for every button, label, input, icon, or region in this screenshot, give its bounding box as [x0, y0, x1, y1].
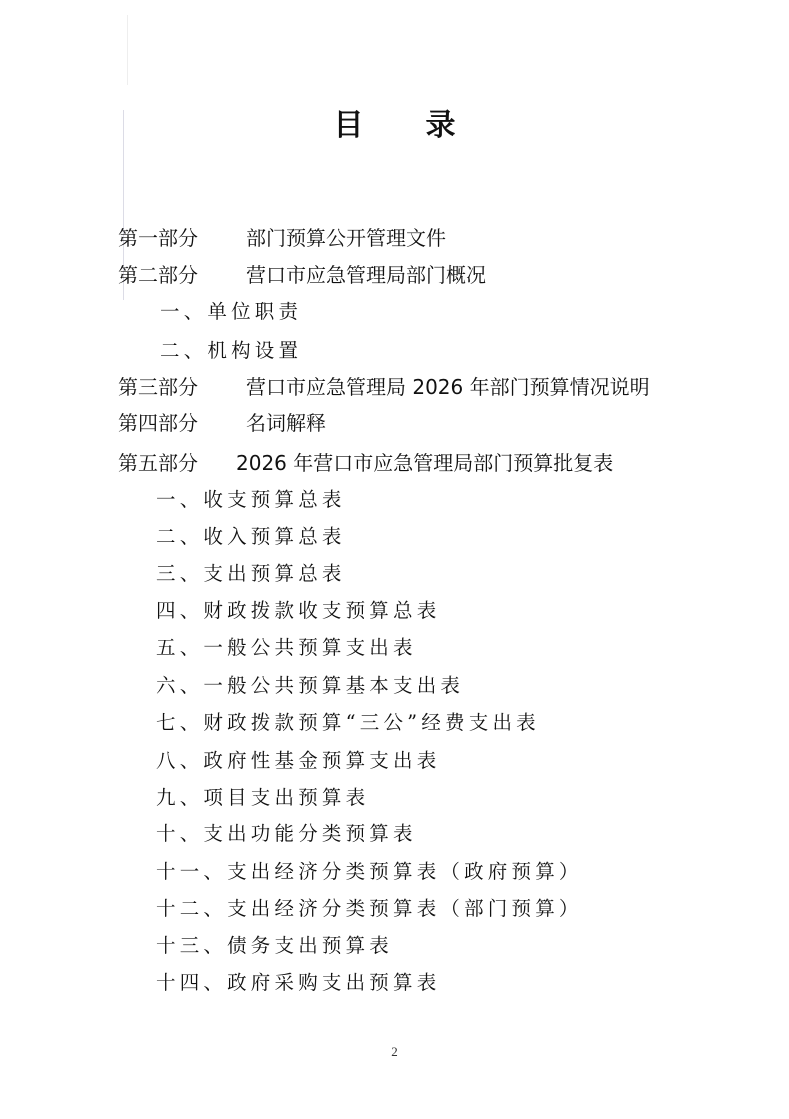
toc-subitem: 九、项目支出预算表: [156, 786, 369, 810]
toc-subitem: 七、财政拨款预算“三公”经费支出表: [156, 711, 540, 735]
scan-margin-mark: [127, 15, 128, 85]
part-label: 第三部分: [118, 375, 198, 399]
toc-subitem: 十、支出功能分类预算表: [156, 822, 417, 846]
toc-subitem: 二、机构设置: [160, 339, 302, 363]
page-title: 目录: [0, 100, 789, 144]
toc-subitem: 四、财政拨款收支预算总表: [156, 599, 440, 623]
part-label: 第四部分: [118, 411, 198, 435]
part-label: 第五部分: [118, 451, 198, 475]
part-title: 名词解释: [246, 411, 326, 435]
title-char-2: 录: [426, 100, 456, 144]
title-char-1: 目: [334, 100, 364, 144]
part-title: 营口市应急管理局部门概况: [246, 263, 486, 287]
toc-subitem: 八、政府性基金预算支出表: [156, 749, 440, 773]
toc-subitem: 十二、支出经济分类预算表（部门预算）: [156, 897, 583, 921]
toc-subitem: 一、单位职责: [160, 300, 302, 324]
part-label: 第二部分: [118, 263, 198, 287]
toc-subitem: 二、收入预算总表: [156, 525, 346, 549]
toc-subitem: 六、一般公共预算基本支出表: [156, 674, 464, 698]
part-title: 2026 年营口市应急管理局部门预算批复表: [236, 451, 613, 475]
toc-subitem: 一、收支预算总表: [156, 488, 346, 512]
page-number: 2: [0, 1044, 789, 1060]
toc-subitem: 三、支出预算总表: [156, 562, 346, 586]
part-title: 部门预算公开管理文件: [246, 226, 446, 250]
toc-subitem: 十四、政府采购支出预算表: [156, 971, 440, 995]
toc-subitem: 十三、债务支出预算表: [156, 934, 393, 958]
toc-subitem: 十一、支出经济分类预算表（政府预算）: [156, 860, 583, 884]
part-title: 营口市应急管理局 2026 年部门预算情况说明: [246, 375, 650, 399]
toc-subitem: 五、一般公共预算支出表: [156, 636, 417, 660]
part-label: 第一部分: [118, 226, 198, 250]
